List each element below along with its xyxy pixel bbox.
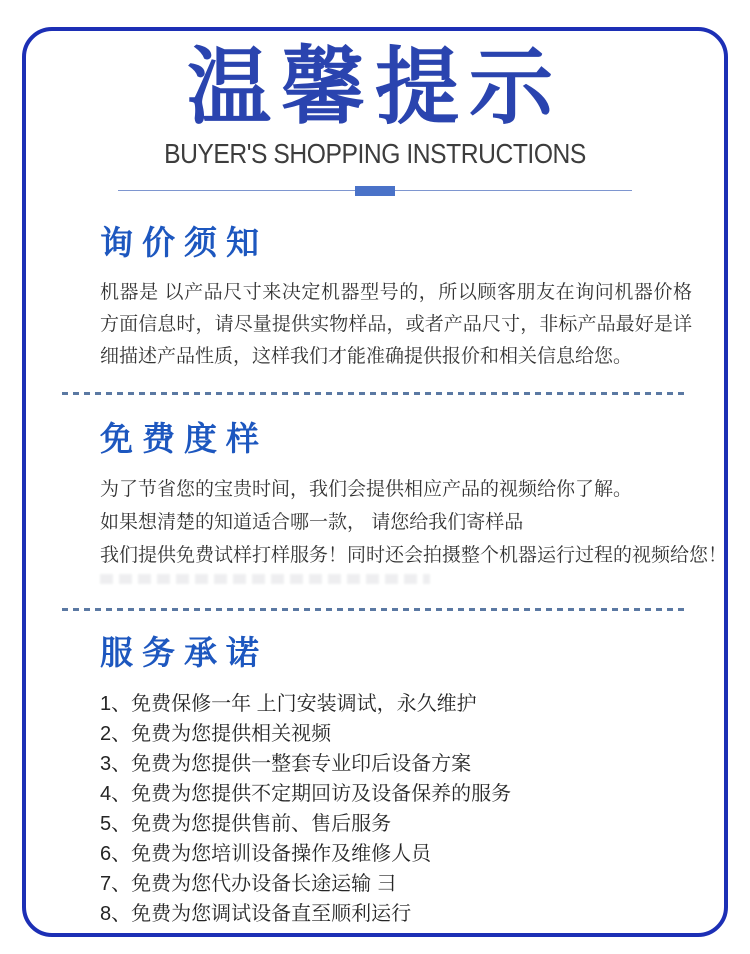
service-item: 3、免费为您提供一整套专业印后设备方案 [100,749,700,779]
service-promise-list: 1、免费保修一年 上门安装调试，永久维护 2、免费为您提供相关视频 3、免费为您… [100,689,700,929]
section-service-promise: 服务承诺 1、免费保修一年 上门安装调试，永久维护 2、免费为您提供相关视频 3… [100,633,700,929]
service-item: 6、免费为您培训设备操作及维修人员 [100,839,700,869]
sample-line: 为了节省您的宝贵时间，我们会提供相应产品的视频给你了解。 [100,473,700,506]
section-title-sample: 免费度样 [100,419,700,459]
service-item: 1、免费保修一年 上门安装调试，永久维护 [100,689,700,719]
sample-lines: 为了节省您的宝贵时间，我们会提供相应产品的视频给你了解。 如果想清楚的知道适合哪… [100,473,700,572]
sample-line: 如果想清楚的知道适合哪一款， 请您给我们寄样品 [100,506,700,539]
inquiry-body-text: 机器是 以产品尺寸来决定机器型号的，所以顾客朋友在询问机器价格方面信息时，请尽量… [100,277,692,373]
dashed-divider [62,608,688,611]
divider-center-rect [355,186,395,196]
page-subtitle: BUYER'S SHOPPING INSTRUCTIONS [68,139,682,169]
faint-watermark [100,574,430,584]
service-item: 2、免费为您提供相关视频 [100,719,700,749]
header-divider [118,185,632,197]
sample-line: 我们提供免费试样打样服务！同时还会拍摄整个机器运行过程的视频给您！ [100,539,700,572]
service-item: 5、免费为您提供售前、售后服务 [100,809,700,839]
section-free-sample: 免费度样 为了节省您的宝贵时间，我们会提供相应产品的视频给你了解。 如果想清楚的… [100,419,700,611]
card-content: 询价须知 机器是 以产品尺寸来决定机器型号的，所以顾客朋友在询问机器价格方面信息… [26,223,724,929]
section-inquiry-notice: 询价须知 机器是 以产品尺寸来决定机器型号的，所以顾客朋友在询问机器价格方面信息… [100,223,700,395]
section-title-inquiry: 询价须知 [100,223,700,263]
service-item: 4、免费为您提供不定期回访及设备保养的服务 [100,779,700,809]
service-item: 7、免费为您代办设备长途运输 彐 [100,869,700,899]
tips-card: 温馨提示 BUYER'S SHOPPING INSTRUCTIONS 询价须知 … [22,27,728,937]
section-title-service: 服务承诺 [100,633,700,673]
service-item: 8、免费为您调试设备直至顺利运行 [100,899,700,929]
dashed-divider [62,392,688,395]
page-title: 温馨提示 [26,39,724,135]
